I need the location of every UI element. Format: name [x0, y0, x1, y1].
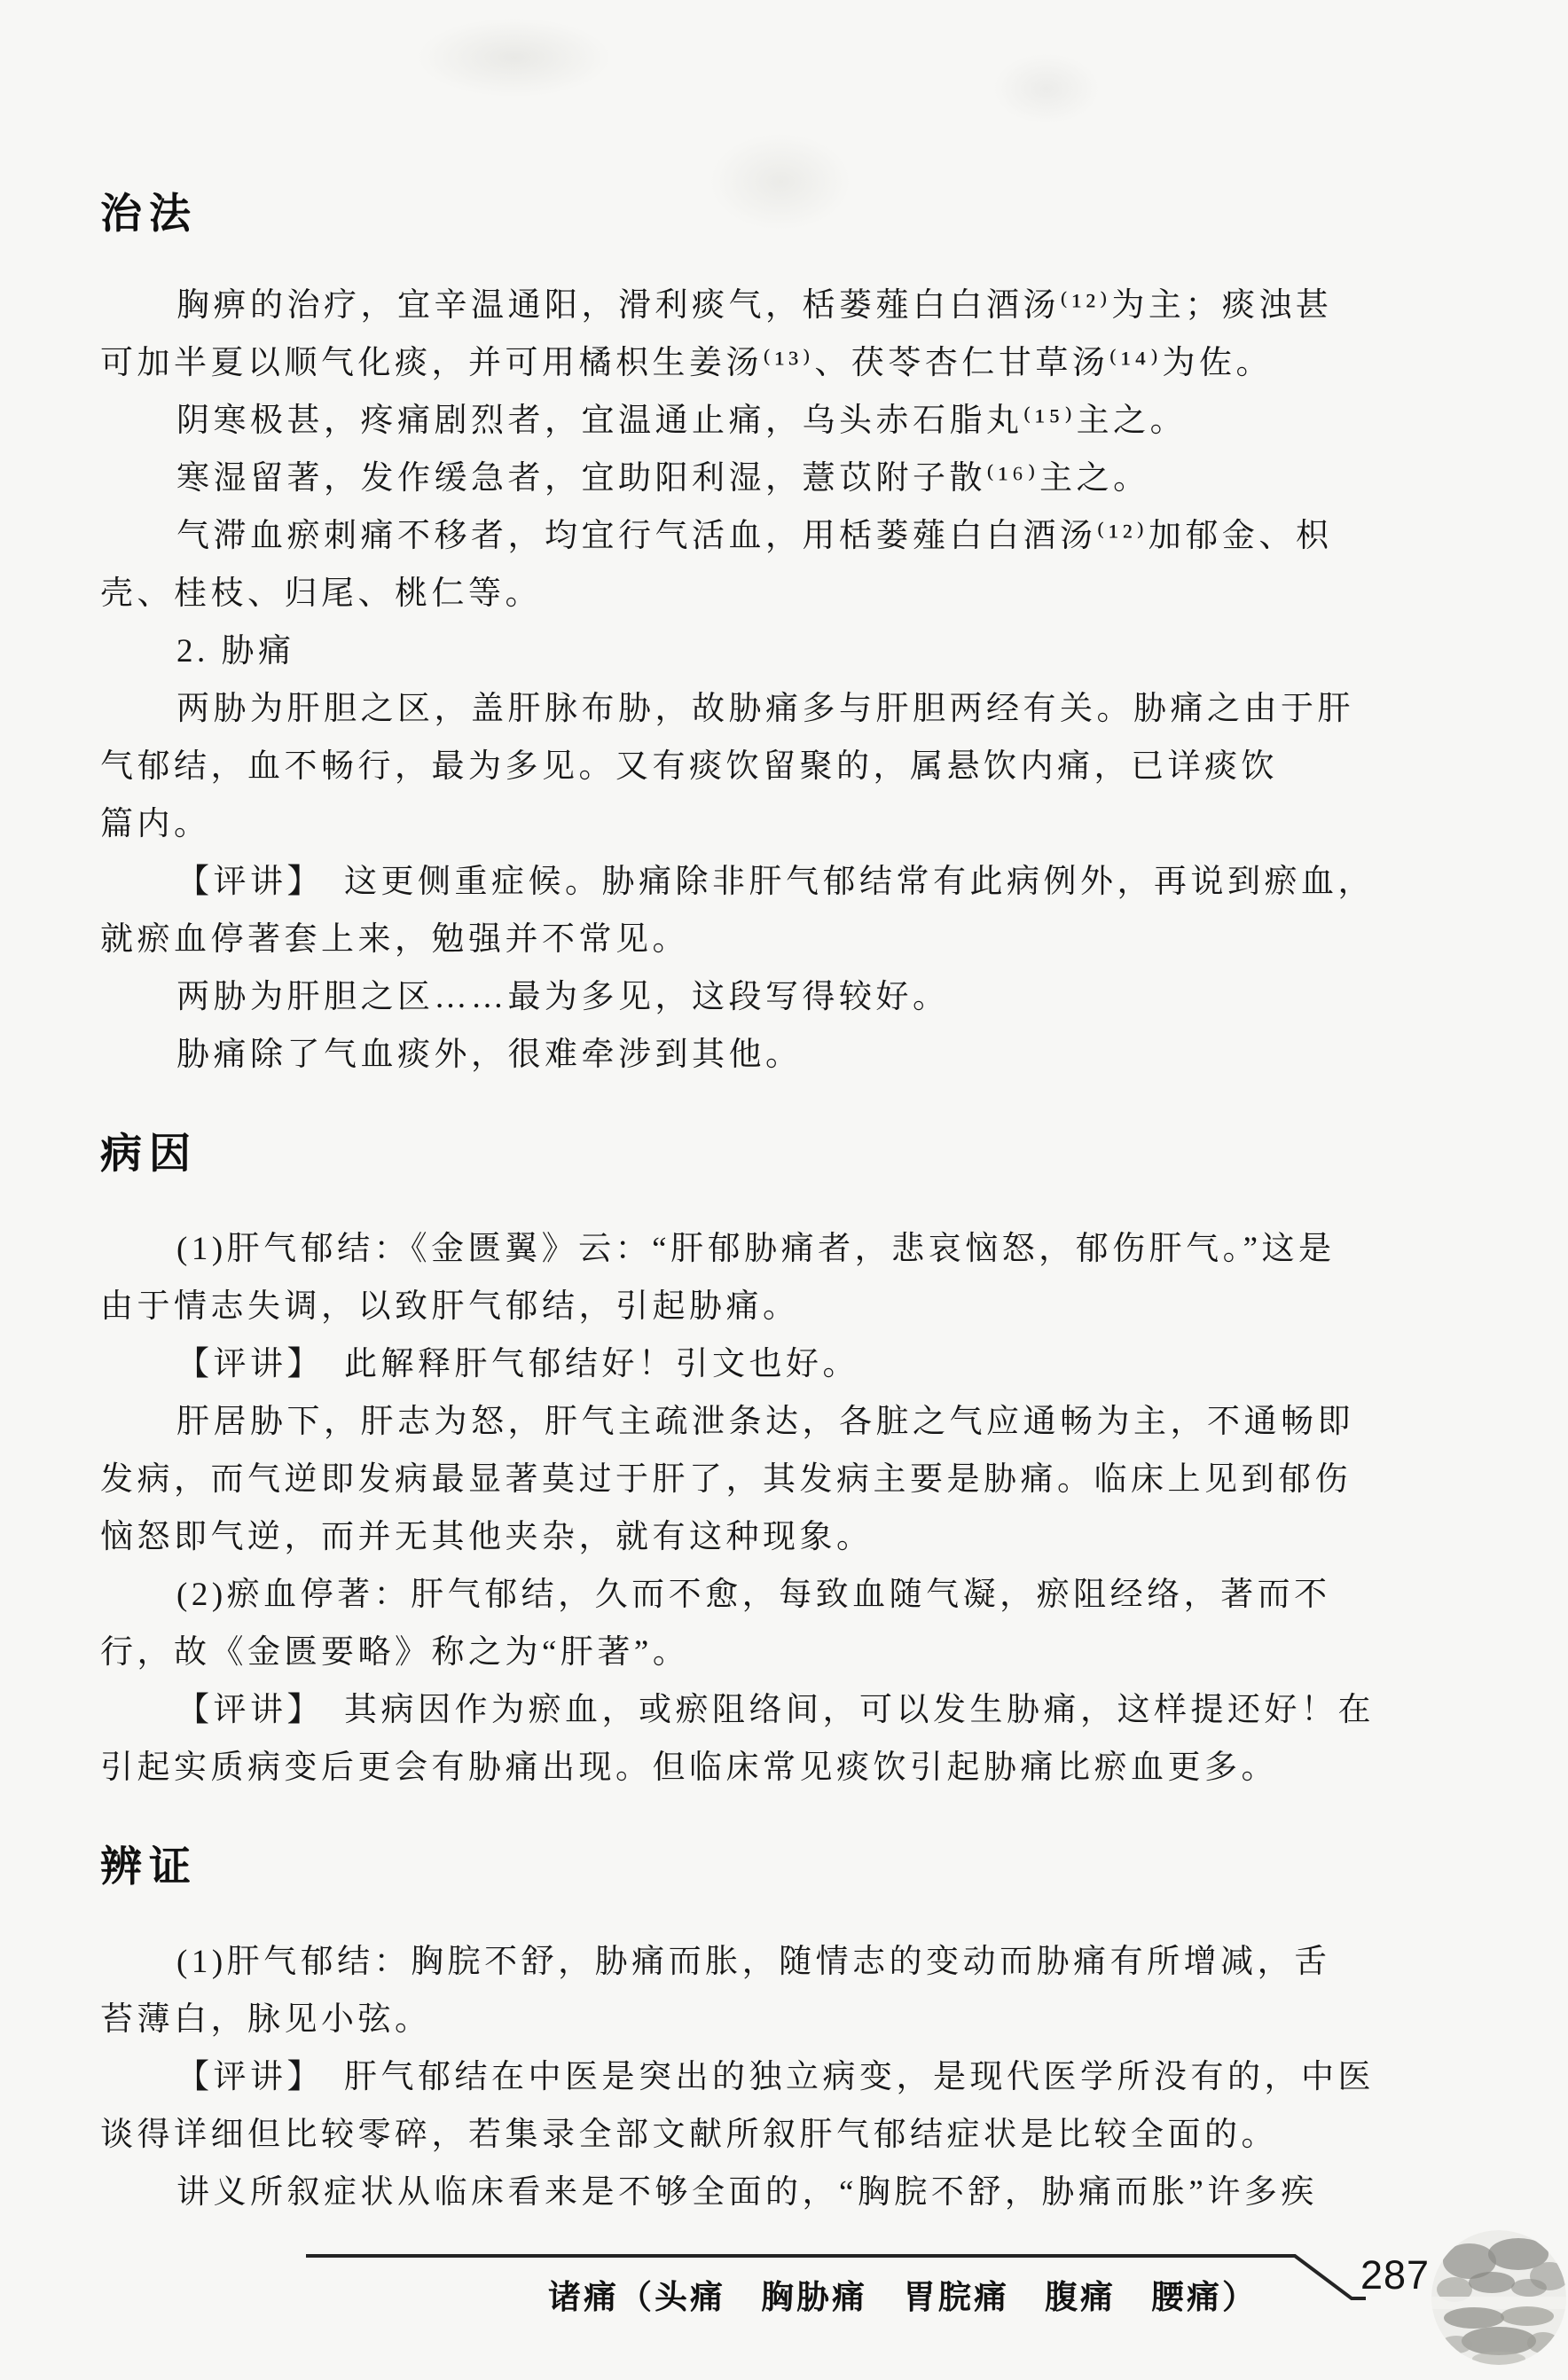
- text-line: 由于情志失调，以致肝气郁结，引起胁痛。: [100, 1278, 1473, 1335]
- subsection-title-hypochondriac-pain: 2. 胁痛: [100, 622, 1473, 680]
- seal-stamp-icon: [1430, 2227, 1568, 2368]
- text-line: 行，故《金匮要略》称之为“肝著”。: [100, 1624, 1473, 1681]
- scan-smudge: [993, 53, 1100, 124]
- text-line: 苔薄白，脉见小弦。: [100, 1991, 1473, 2048]
- text-line: 可加半夏以顺气化痰，并可用橘枳生姜汤⁽¹³⁾、茯苓杏仁甘草汤⁽¹⁴⁾为佐。: [100, 334, 1473, 392]
- commentary-line: 两胁为肝胆之区……最为多见，这段写得较好。: [100, 968, 1473, 1026]
- commentary-line: 【评讲】 此解释肝气郁结好！引文也好。: [100, 1335, 1473, 1393]
- section-heading-differentiation: 辨证: [100, 1841, 1473, 1894]
- text-line: 两胁为肝胆之区，盖肝脉布胁，故胁痛多与肝胆两经有关。胁痛之由于肝: [100, 680, 1473, 738]
- commentary-line: 【评讲】 其病因作为瘀血，或瘀阻络间，可以发生胁痛，这样提还好！在: [100, 1681, 1473, 1739]
- section-heading-etiology: 病因: [100, 1128, 1473, 1181]
- text-line: 阴寒极甚，疼痛剧烈者，宜温通止痛，乌头赤石脂丸⁽¹⁵⁾主之。: [100, 392, 1473, 450]
- commentary-line: 就瘀血停著套上来，勉强并不常见。: [100, 911, 1473, 968]
- page-number: 287: [1360, 2252, 1430, 2298]
- text-line: (1)肝气郁结：《金匮翼》云：“肝郁胁痛者，悲哀恼怒，郁伤肝气。”这是: [100, 1220, 1473, 1278]
- text-line: (1)肝气郁结：胸脘不舒，胁痛而胀，随情志的变动而胁痛有所增减，舌: [100, 1933, 1473, 1991]
- text-line: 寒湿留著，发作缓急者，宜助阳利湿，薏苡附子散⁽¹⁶⁾主之。: [100, 450, 1473, 507]
- commentary-line: 讲义所叙症状从临床看来是不够全面的，“胸脘不舒，胁痛而胀”许多疾: [100, 2164, 1473, 2221]
- text-line: 发病，而气逆即发病最显著莫过于肝了，其发病主要是胁痛。临床上见到郁伤: [100, 1451, 1473, 1508]
- commentary-line: 引起实质病变后更会有胁痛出现。但临床常见痰饮引起胁痛比瘀血更多。: [100, 1739, 1473, 1797]
- text-line: (2)瘀血停著：肝气郁结，久而不愈，每致血随气凝，瘀阻经络，著而不: [100, 1566, 1473, 1624]
- text-line: 胸痹的治疗，宜辛温通阳，滑利痰气，栝蒌薤白白酒汤⁽¹²⁾为主；痰浊甚: [100, 277, 1473, 334]
- commentary-line: 【评讲】 肝气郁结在中医是突出的独立病变，是现代医学所没有的，中医: [100, 2048, 1473, 2106]
- text-line: 篇内。: [100, 795, 1473, 853]
- page-body-text: 治法 胸痹的治疗，宜辛温通阳，滑利痰气，栝蒌薤白白酒汤⁽¹²⁾为主；痰浊甚 可加…: [100, 188, 1473, 2221]
- commentary-line: 胁痛除了气血痰外，很难牵涉到其他。: [100, 1026, 1473, 1084]
- commentary-line: 【评讲】 这更侧重症候。胁痛除非肝气郁结常有此病例外，再说到瘀血，: [100, 853, 1473, 911]
- text-line: 肝居胁下，肝志为怒，肝气主疏泄条达，各脏之气应通畅为主，不通畅即: [100, 1393, 1473, 1451]
- commentary-line: 谈得详细但比较零碎，若集录全部文献所叙肝气郁结症状是比较全面的。: [100, 2106, 1473, 2164]
- text-line: 气郁结，血不畅行，最为多见。又有痰饮留聚的，属悬饮内痛，已详痰饮: [100, 738, 1473, 795]
- section-heading-treatment: 治法: [100, 188, 1473, 241]
- text-line: 壳、桂枝、归尾、桃仁等。: [100, 565, 1473, 622]
- scanned-book-page: { "sections": [ { "heading": "治法", "line…: [0, 0, 1568, 2380]
- text-line: 恼怒即气逆，而并无其他夹杂，就有这种现象。: [100, 1508, 1473, 1566]
- footer-running-title: 诸痛（头痛 胸胁痛 胃脘痛 腹痛 腰痛）: [548, 2270, 1258, 2318]
- text-line: 气滞血瘀刺痛不移者，均宜行气活血，用栝蒌薤白白酒汤⁽¹²⁾加郁金、枳: [100, 507, 1473, 565]
- scan-smudge: [417, 18, 612, 98]
